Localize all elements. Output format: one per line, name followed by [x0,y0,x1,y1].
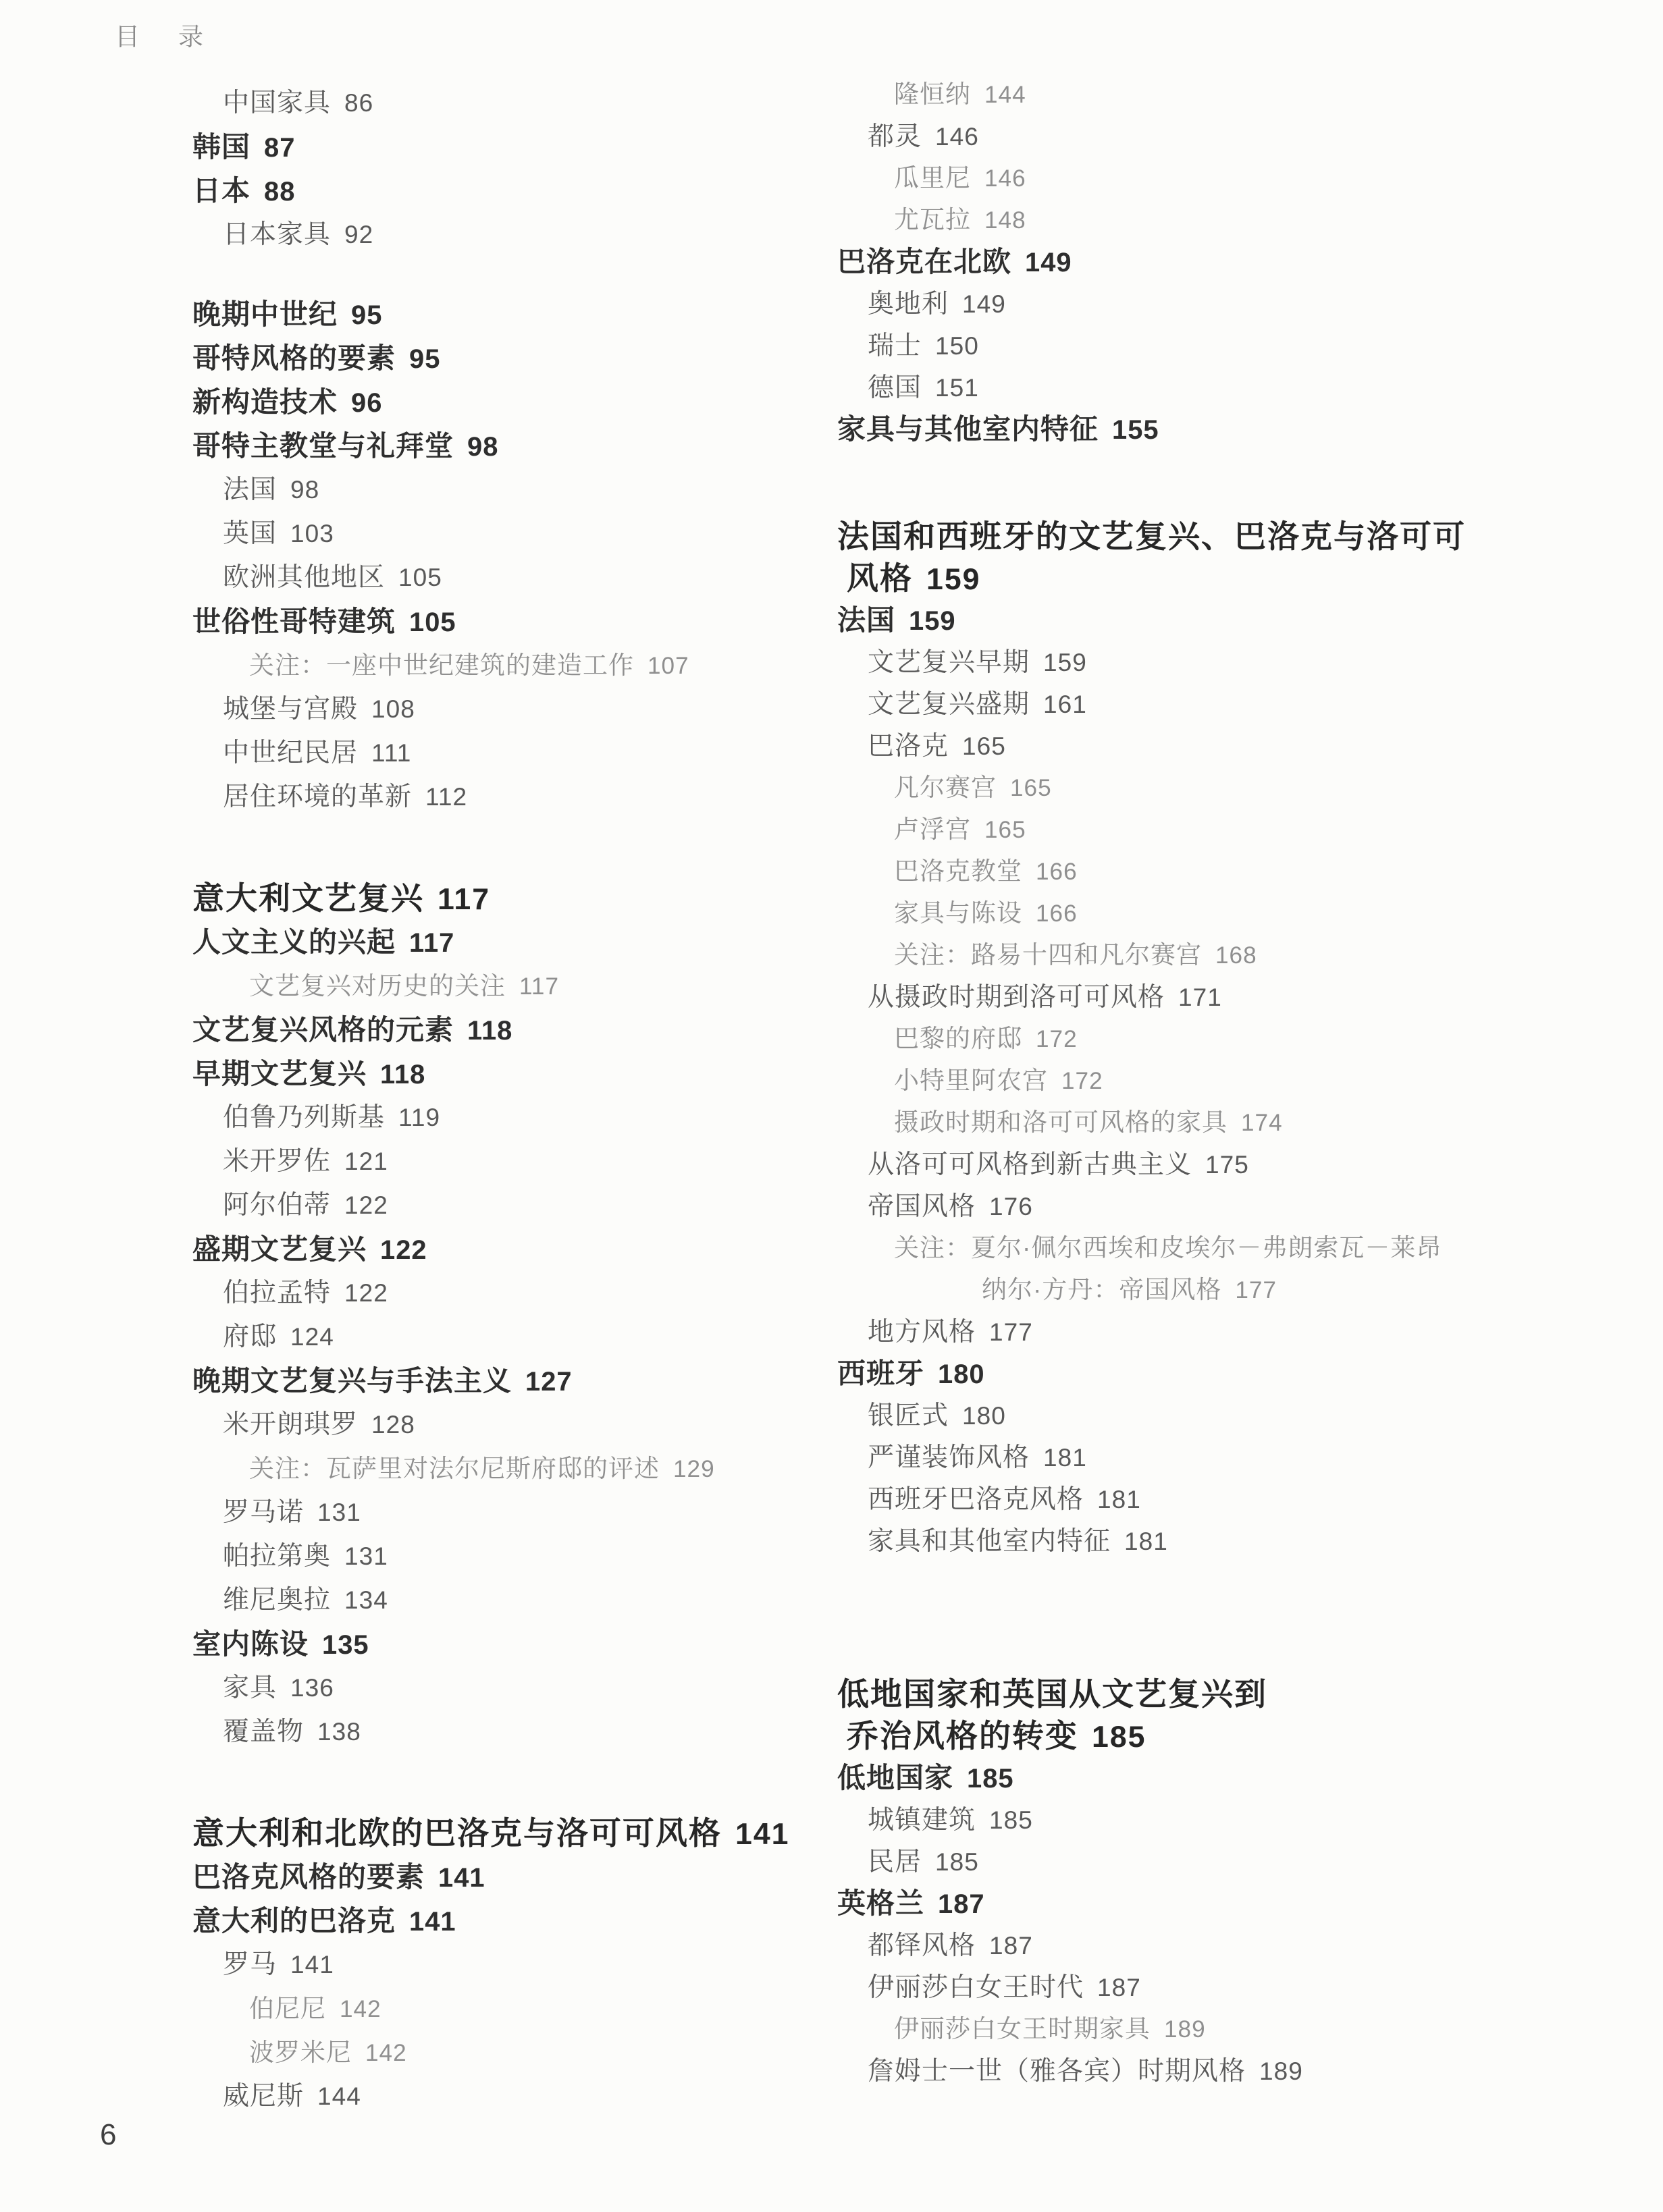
toc-entry-label: 日本家具 [223,220,331,249]
toc-entry-page: 88 [264,177,295,207]
toc-entry-page: 149 [1025,248,1072,277]
toc-entry-label: 欧洲其他地区 [223,563,385,592]
toc-entry: 伊丽莎白女王时代187 [837,1966,1641,2008]
toc-entry-label: 小特里阿农宫 [894,1067,1048,1094]
toc-entry-label: 文艺复兴早期 [868,648,1030,677]
toc-entry-page: 112 [425,782,467,811]
toc-entry: 伯鲁乃列斯基119 [192,1096,908,1139]
toc-entry-label: 波罗米尼 [249,2039,352,2066]
toc-entry: 家具与陈设166 [837,892,1641,934]
toc-entry-page: 122 [380,1235,427,1265]
toc-entry: 小特里阿农宫172 [837,1060,1641,1102]
toc-entry: 都铎风格187 [837,1924,1641,1966]
toc-entry-label: 隆恒纳 [894,80,971,108]
toc-entry: 韩国87 [192,125,908,169]
toc-entry: 世俗性哥特建筑105 [192,599,908,643]
toc-entry-page: 159 [909,606,956,636]
toc-entry-label: 米开罗佐 [223,1147,331,1176]
toc-entry-label: 新构造技术 [192,386,338,418]
toc-entry-label: 银匠式 [868,1401,949,1430]
toc-entry: 法国和西班牙的文艺复兴、巴洛克与洛可可 [837,516,1641,558]
toc-entry-label: 文艺复兴盛期 [868,690,1030,719]
toc-entry-label: 卢浮宫 [894,815,971,843]
toc-entry-label: 伊丽莎白女王时期家具 [894,2015,1151,2043]
toc-entry-page: 138 [317,1717,361,1746]
toc-column-left: 中国家具86韩国87日本88日本家具92晚期中世纪95哥特风格的要素95新构造技… [192,81,908,2118]
toc-entry-label: 严谨装饰风格 [868,1443,1030,1472]
toc-entry-label: 韩国 [192,131,250,163]
toc-entry-label: 英格兰 [837,1887,924,1919]
toc-entry-page: 148 [984,207,1026,234]
toc-entry-page: 165 [962,732,1006,760]
toc-entry: 文艺复兴对历史的关注117 [192,964,908,1008]
toc-entry-label: 巴洛克风格的要素 [192,1861,425,1893]
toc-entry-page: 144 [984,82,1026,108]
toc-entry-label: 法国 [223,475,277,504]
toc-entry-label: 室内陈设 [192,1628,309,1660]
toc-page: 目 录 中国家具86韩国87日本88日本家具92晚期中世纪95哥特风格的要素95… [0,0,1663,2212]
toc-entry: 文艺复兴盛期161 [837,683,1641,725]
toc-entry: 法国159 [837,599,1641,641]
toc-entry-label: 罗马 [223,1950,277,1979]
toc-entry-page: 105 [398,563,442,591]
toc-entry: 关注：夏尔·佩尔西埃和皮埃尔－弗朗索瓦－莱昂 [837,1227,1641,1269]
toc-entry-label: 家具与其他室内特征 [837,413,1099,445]
toc-entry-page: 117 [409,928,454,958]
toc-entry-label: 关注：瓦萨里对法尔尼斯府邸的评述 [249,1455,660,1482]
toc-entry: 西班牙巴洛克风格181 [837,1478,1641,1520]
toc-entry-page: 185 [989,1806,1033,1834]
toc-entry: 盛期文艺复兴122 [192,1227,908,1271]
toc-entry-label: 低地国家 [837,1762,953,1793]
toc-entry-label: 西班牙巴洛克风格 [868,1485,1084,1514]
toc-entry-label: 晚期中世纪 [192,298,338,330]
toc-entry: 乔治风格的转变185 [837,1715,1641,1757]
toc-entry-page: 180 [962,1401,1006,1430]
toc-entry-label: 伊丽莎白女王时代 [868,1973,1084,2002]
toc-entry-page: 121 [344,1147,388,1175]
toc-entry-page: 141 [290,1950,334,1978]
toc-entry-label: 早期文艺复兴 [192,1058,367,1089]
toc-entry: 晚期中世纪95 [192,292,908,336]
toc-entry: 伯拉孟特122 [192,1271,908,1315]
toc-entry-label: 关注：夏尔·佩尔西埃和皮埃尔－弗朗索瓦－莱昂 [894,1234,1442,1262]
toc-entry: 帕拉第奥131 [192,1534,908,1578]
toc-entry-page: 161 [1043,690,1087,718]
toc-entry-page: 141 [735,1818,789,1851]
toc-entry-page: 146 [935,122,979,151]
toc-entry: 关注：瓦萨里对法尔尼斯府邸的评述129 [192,1447,908,1490]
toc-entry-label: 德国 [868,373,922,402]
toc-entry-page: 92 [344,220,373,248]
toc-entry-page: 118 [467,1016,512,1046]
toc-entry: 巴洛克165 [837,725,1641,767]
toc-entry-page: 172 [1036,1026,1078,1052]
toc-entry-page: 95 [409,344,440,374]
toc-entry-page: 98 [290,475,319,504]
toc-entry-page: 141 [438,1863,485,1893]
toc-entry: 关注：一座中世纪建筑的建造工作107 [192,643,908,687]
toc-entry-page: 117 [519,973,559,1000]
toc-entry-page: 187 [1097,1973,1141,2001]
toc-entry-label: 从摄政时期到洛可可风格 [868,983,1165,1012]
toc-entry-label: 詹姆士一世（雅各宾）时期风格 [868,2057,1246,2086]
toc-entry-label: 帝国风格 [868,1192,976,1221]
toc-entry-page: 177 [1235,1277,1277,1303]
toc-entry: 米开朗琪罗128 [192,1403,908,1447]
toc-entry-page: 119 [398,1103,440,1131]
toc-entry: 关注：路易十四和凡尔赛宫168 [837,934,1641,976]
toc-entry-page: 135 [322,1630,369,1660]
toc-entry: 凡尔赛宫165 [837,767,1641,809]
toc-entry: 早期文艺复兴118 [192,1052,908,1096]
toc-entry-page: 166 [1036,900,1078,927]
toc-entry: 地方风格177 [837,1311,1641,1353]
toc-entry: 威尼斯144 [192,2074,908,2118]
toc-entry-page: 150 [935,331,979,360]
toc-entry-label: 家具 [223,1673,277,1702]
toc-entry: 卢浮宫165 [837,809,1641,851]
toc-entry-label: 伯拉孟特 [223,1278,331,1307]
toc-entry-page: 185 [967,1764,1014,1793]
toc-entry-label: 乔治风格的转变 [847,1718,1078,1754]
toc-entry: 巴洛克教堂166 [837,851,1641,892]
toc-entry-page: 149 [962,290,1006,318]
toc-entry-page: 159 [1043,648,1087,676]
toc-entry: 中世纪民居111 [192,731,908,775]
toc-entry: 哥特主教堂与礼拜堂98 [192,424,908,468]
toc-entry-label: 居住环境的革新 [223,782,412,811]
toc-entry: 西班牙180 [837,1353,1641,1395]
toc-entry: 詹姆士一世（雅各宾）时期风格189 [837,2050,1641,2092]
toc-entry: 巴洛克风格的要素141 [192,1855,908,1899]
toc-entry: 瑞士150 [837,325,1641,367]
toc-entry: 阿尔伯蒂122 [192,1183,908,1227]
toc-entry-page: 87 [264,133,295,163]
toc-entry-page: 166 [1036,859,1078,885]
toc-entry-label: 巴洛克在北欧 [837,246,1011,277]
toc-entry: 室内陈设135 [192,1622,908,1666]
toc-entry: 巴洛克在北欧149 [837,241,1641,283]
toc-entry-label: 阿尔伯蒂 [223,1191,331,1220]
toc-entry-label: 家具与陈设 [894,899,1022,927]
toc-entry-label: 罗马诺 [223,1498,304,1527]
page-number: 6 [100,2118,116,2152]
toc-entry: 银匠式180 [837,1395,1641,1436]
toc-entry-label: 英国 [223,519,277,548]
toc-entry-page: 124 [290,1322,334,1351]
toc-entry: 城堡与宫殿108 [192,687,908,731]
toc-entry-label: 西班牙 [837,1357,924,1389]
toc-entry: 严谨装饰风格181 [837,1436,1641,1478]
toc-entry-page: 117 [438,883,490,916]
toc-entry-label: 威尼斯 [223,2082,304,2111]
toc-entry-page: 142 [340,1996,381,2022]
toc-entry-page: 95 [351,300,382,330]
toc-entry-label: 哥特风格的要素 [192,342,396,374]
toc-entry-label: 帕拉第奥 [223,1542,331,1571]
page-title: 目 录 [115,16,210,53]
toc-entry: 覆盖物138 [192,1710,908,1754]
toc-entry-page: 86 [344,88,373,117]
toc-entry-page: 107 [648,653,689,679]
toc-entry: 从摄政时期到洛可可风格171 [837,976,1641,1018]
toc-entry-page: 187 [938,1889,985,1919]
toc-entry: 意大利的巴洛克141 [192,1899,908,1943]
toc-entry-page: 189 [1164,2016,1206,2043]
toc-entry-page: 141 [409,1907,456,1937]
toc-entry-label: 伯尼尼 [249,1995,326,2022]
toc-entry-label: 巴洛克 [868,732,949,761]
toc-entry: 哥特风格的要素95 [192,336,908,380]
toc-entry-page: 177 [989,1318,1033,1346]
toc-entry-page: 185 [1092,1721,1146,1754]
toc-entry: 意大利和北欧的巴洛克与洛可可风格141 [192,1811,908,1855]
toc-entry: 家具与其他室内特征155 [837,408,1641,450]
toc-entry-page: 165 [984,817,1026,843]
toc-entry: 巴黎的府邸172 [837,1018,1641,1060]
toc-entry-label: 巴洛克教堂 [894,857,1022,885]
toc-entry-page: 165 [1010,775,1052,801]
toc-entry-page: 131 [344,1542,388,1570]
toc-entry-label: 巴黎的府邸 [894,1025,1022,1052]
toc-entry-page: 175 [1205,1150,1249,1179]
toc-entry-page: 96 [351,388,382,418]
toc-entry: 法国98 [192,468,908,512]
toc-entry-page: 171 [1178,983,1222,1011]
toc-entry: 文艺复兴早期159 [837,641,1641,683]
toc-entry-label: 法国 [837,604,895,636]
toc-entry-label: 关注：一座中世纪建筑的建造工作 [249,651,634,679]
toc-entry-label: 覆盖物 [223,1717,304,1746]
toc-entry: 低地国家185 [837,1757,1641,1799]
toc-entry-page: 122 [344,1278,388,1307]
toc-entry: 米开罗佐121 [192,1139,908,1183]
toc-entry-page: 105 [409,608,456,637]
toc-entry-label: 低地国家和英国从文艺复兴到 [837,1676,1267,1712]
toc-entry: 家具和其他室内特征181 [837,1520,1641,1562]
toc-entry-label: 都铎风格 [868,1931,976,1960]
toc-entry: 帝国风格176 [837,1185,1641,1227]
toc-entry-label: 法国和西班牙的文艺复兴、巴洛克与洛可可 [837,518,1466,554]
toc-entry-page: 189 [1259,2057,1303,2085]
toc-entry-page: 187 [989,1931,1033,1960]
toc-entry: 尤瓦拉148 [837,199,1641,241]
toc-entry-page: 151 [935,373,979,402]
toc-entry-label: 瓜里尼 [894,164,971,192]
toc-entry-label: 意大利文艺复兴 [192,880,424,916]
toc-entry: 家具136 [192,1666,908,1710]
toc-entry-label: 都灵 [868,122,922,151]
toc-entry-label: 伯鲁乃列斯基 [223,1103,385,1132]
toc-entry-page: 118 [380,1060,425,1089]
toc-entry-page: 131 [317,1498,361,1526]
toc-entry: 英国103 [192,512,908,556]
toc-entry-page: 142 [365,2040,407,2066]
toc-entry: 伯尼尼142 [192,1987,908,2030]
toc-entry: 英格兰187 [837,1883,1641,1924]
toc-entry: 德国151 [837,367,1641,408]
toc-entry: 府邸124 [192,1315,908,1359]
toc-column-right: 隆恒纳144都灵146瓜里尼146尤瓦拉148巴洛克在北欧149奥地利149瑞士… [837,74,1641,2092]
toc-entry: 瓜里尼146 [837,157,1641,199]
toc-entry-page: 146 [984,165,1026,192]
toc-entry-page: 176 [989,1192,1033,1220]
toc-entry-page: 127 [525,1367,573,1397]
toc-entry-page: 128 [371,1410,415,1438]
toc-entry-page: 155 [1112,415,1159,445]
toc-entry-page: 168 [1215,942,1257,969]
toc-entry: 意大利文艺复兴117 [192,876,908,920]
toc-entry: 低地国家和英国从文艺复兴到 [837,1673,1641,1715]
toc-entry: 中国家具86 [192,81,908,125]
toc-entry-label: 米开朗琪罗 [223,1410,358,1439]
toc-entry-label: 尤瓦拉 [894,206,971,234]
toc-entry: 风格159 [837,558,1641,599]
toc-entry-label: 文艺复兴对历史的关注 [249,972,506,1000]
toc-entry-page: 144 [317,2082,361,2110]
toc-entry: 摄政时期和洛可可风格的家具174 [837,1102,1641,1143]
toc-entry-page: 180 [938,1359,985,1389]
toc-entry: 都灵146 [837,115,1641,157]
toc-entry-page: 122 [344,1191,388,1219]
toc-entry-label: 意大利和北欧的巴洛克与洛可可风格 [192,1815,722,1851]
toc-entry-label: 家具和其他室内特征 [868,1527,1111,1556]
toc-entry-label: 意大利的巴洛克 [192,1905,396,1937]
toc-entry-label: 文艺复兴风格的元素 [192,1014,454,1046]
toc-entry-label: 中世纪民居 [223,738,358,767]
toc-entry: 晚期文艺复兴与手法主义127 [192,1359,908,1403]
toc-entry-label: 民居 [868,1847,922,1877]
toc-entry: 维尼奥拉134 [192,1578,908,1622]
toc-entry-page: 181 [1043,1443,1087,1472]
toc-entry-label: 世俗性哥特建筑 [192,605,396,637]
toc-entry-label: 盛期文艺复兴 [192,1233,367,1265]
toc-entry: 纳尔·方丹：帝国风格177 [837,1269,1641,1311]
toc-entry-page: 174 [1241,1110,1283,1136]
toc-entry: 从洛可可风格到新古典主义175 [837,1143,1641,1185]
toc-entry-label: 风格 [847,560,913,596]
toc-entry-label: 哥特主教堂与礼拜堂 [192,430,454,462]
toc-entry-page: 172 [1061,1068,1103,1094]
toc-entry: 伊丽莎白女王时期家具189 [837,2008,1641,2050]
toc-entry-label: 从洛可可风格到新古典主义 [868,1150,1192,1179]
toc-entry: 日本88 [192,169,908,213]
toc-entry-page: 103 [290,519,334,547]
toc-entry: 隆恒纳144 [837,74,1641,115]
toc-entry-label: 纳尔·方丹：帝国风格 [982,1276,1221,1303]
toc-entry: 民居185 [837,1841,1641,1883]
toc-entry-page: 134 [344,1586,388,1614]
toc-entry-label: 瑞士 [868,331,922,360]
toc-entry: 罗马诺131 [192,1490,908,1534]
toc-entry: 奥地利149 [837,283,1641,325]
toc-entry: 欧洲其他地区105 [192,556,908,599]
toc-entry-page: 181 [1097,1485,1141,1513]
toc-entry-label: 人文主义的兴起 [192,926,396,958]
toc-entry-label: 府邸 [223,1322,277,1351]
toc-entry-page: 185 [935,1847,979,1876]
toc-entry-label: 维尼奥拉 [223,1586,331,1615]
toc-entry: 人文主义的兴起117 [192,920,908,964]
toc-entry: 城镇建筑185 [837,1799,1641,1841]
toc-entry-label: 日本 [192,175,250,207]
toc-entry-label: 中国家具 [223,88,331,117]
toc-entry-label: 关注：路易十四和凡尔赛宫 [894,941,1202,969]
toc-entry-page: 159 [926,563,980,596]
toc-entry-label: 摄政时期和洛可可风格的家具 [894,1108,1228,1136]
toc-entry: 日本家具92 [192,213,908,257]
toc-entry: 罗马141 [192,1943,908,1987]
toc-entry-page: 98 [467,432,498,462]
toc-entry-page: 181 [1124,1527,1168,1555]
toc-entry-page: 108 [371,695,415,723]
toc-entry-label: 奥地利 [868,290,949,319]
toc-entry-label: 城镇建筑 [868,1806,976,1835]
toc-entry-label: 晚期文艺复兴与手法主义 [192,1365,512,1397]
toc-entry: 居住环境的革新112 [192,775,908,819]
toc-entry-page: 136 [290,1673,334,1702]
toc-entry-page: 111 [371,738,411,767]
toc-entry: 波罗米尼142 [192,2030,908,2074]
toc-entry: 文艺复兴风格的元素118 [192,1008,908,1052]
toc-entry-page: 129 [673,1456,715,1482]
toc-entry-label: 城堡与宫殿 [223,695,358,724]
toc-entry-label: 凡尔赛宫 [894,774,997,801]
toc-entry: 新构造技术96 [192,380,908,424]
toc-entry-label: 地方风格 [868,1318,976,1347]
